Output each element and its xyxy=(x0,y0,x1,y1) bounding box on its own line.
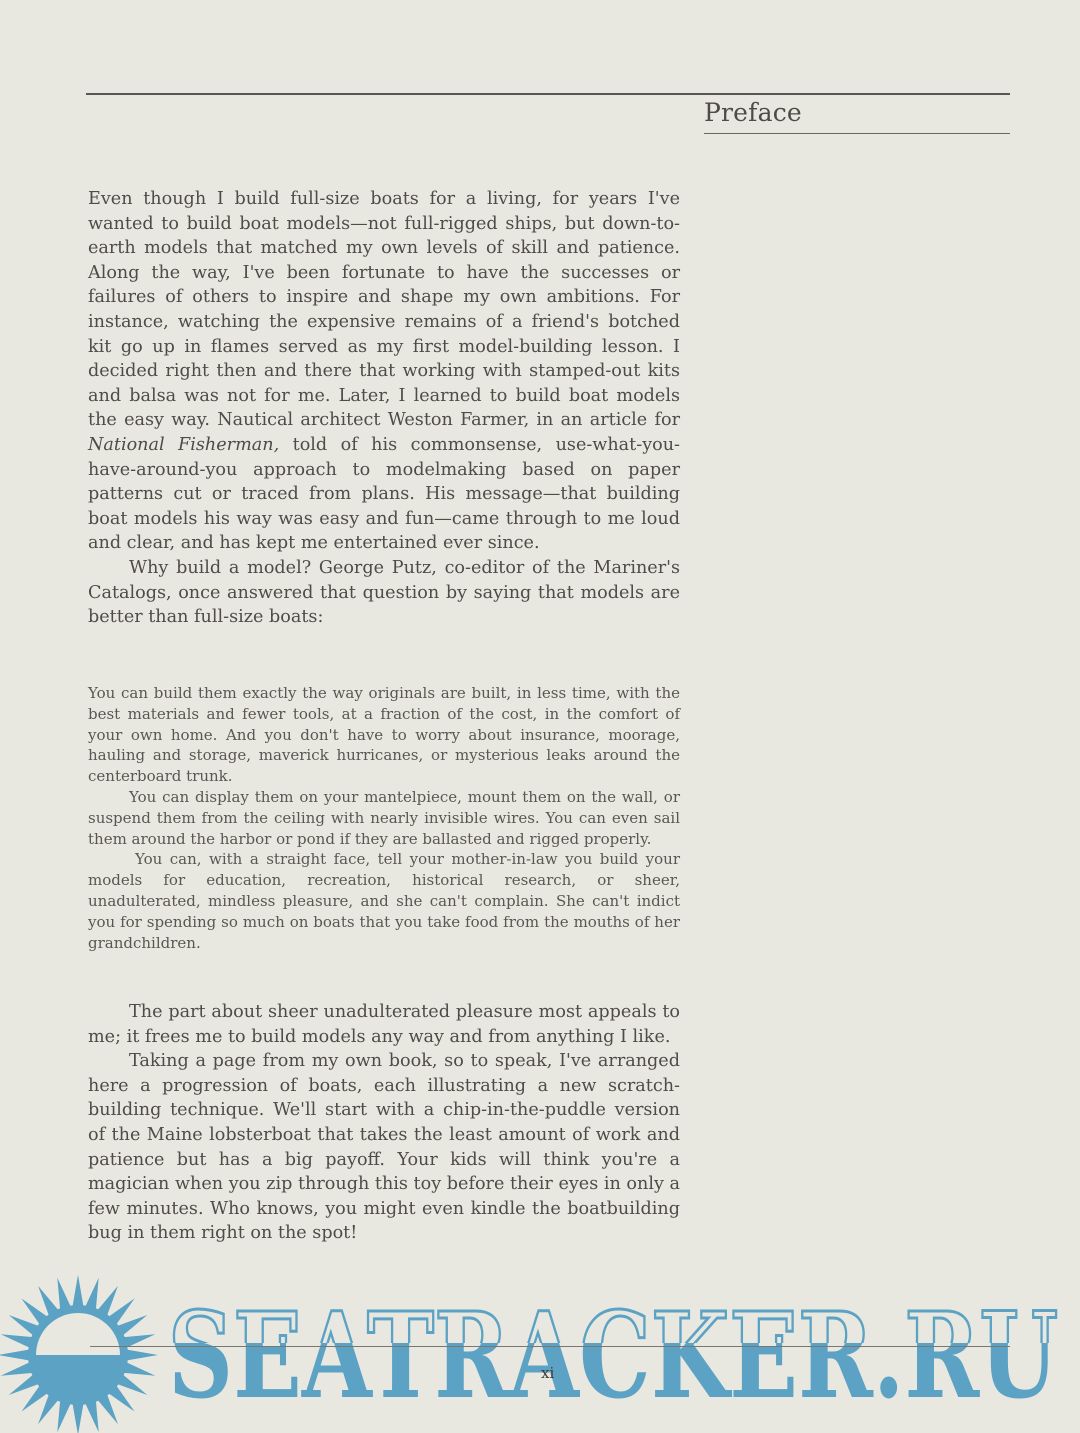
quote-paragraph-2: You can display them on your mantelpiece… xyxy=(88,787,680,849)
title-underline xyxy=(704,133,1010,134)
quote-paragraph-3: You can, with a straight face, tell your… xyxy=(88,849,680,953)
page-number: xi xyxy=(541,1364,554,1382)
publication-title: National Fisherman, xyxy=(88,435,279,455)
header-rule xyxy=(86,93,1010,95)
watermark-logo: SEATRACKER.RU SEATRACKER.RU xyxy=(0,1275,1080,1433)
quote-paragraph-1: You can build them exactly the way origi… xyxy=(88,683,680,787)
footer-rule xyxy=(90,1346,1010,1347)
paragraph-2: Why build a model? George Putz, co-edito… xyxy=(88,556,680,630)
body-text-upper: Even though I build full-size boats for … xyxy=(88,187,680,630)
sun-over-sea-icon xyxy=(0,1275,158,1433)
watermark-text: SEATRACKER.RU SEATRACKER.RU xyxy=(168,1286,1058,1425)
body-text-lower: The part about sheer unadulterated pleas… xyxy=(88,1000,680,1246)
paragraph-3: The part about sheer unadulterated pleas… xyxy=(88,1000,680,1049)
paragraph-4: Taking a page from my own book, so to sp… xyxy=(88,1049,680,1246)
section-title: Preface xyxy=(704,98,802,127)
block-quote: You can build them exactly the way origi… xyxy=(88,683,680,953)
paragraph-1: Even though I build full-size boats for … xyxy=(88,187,680,556)
